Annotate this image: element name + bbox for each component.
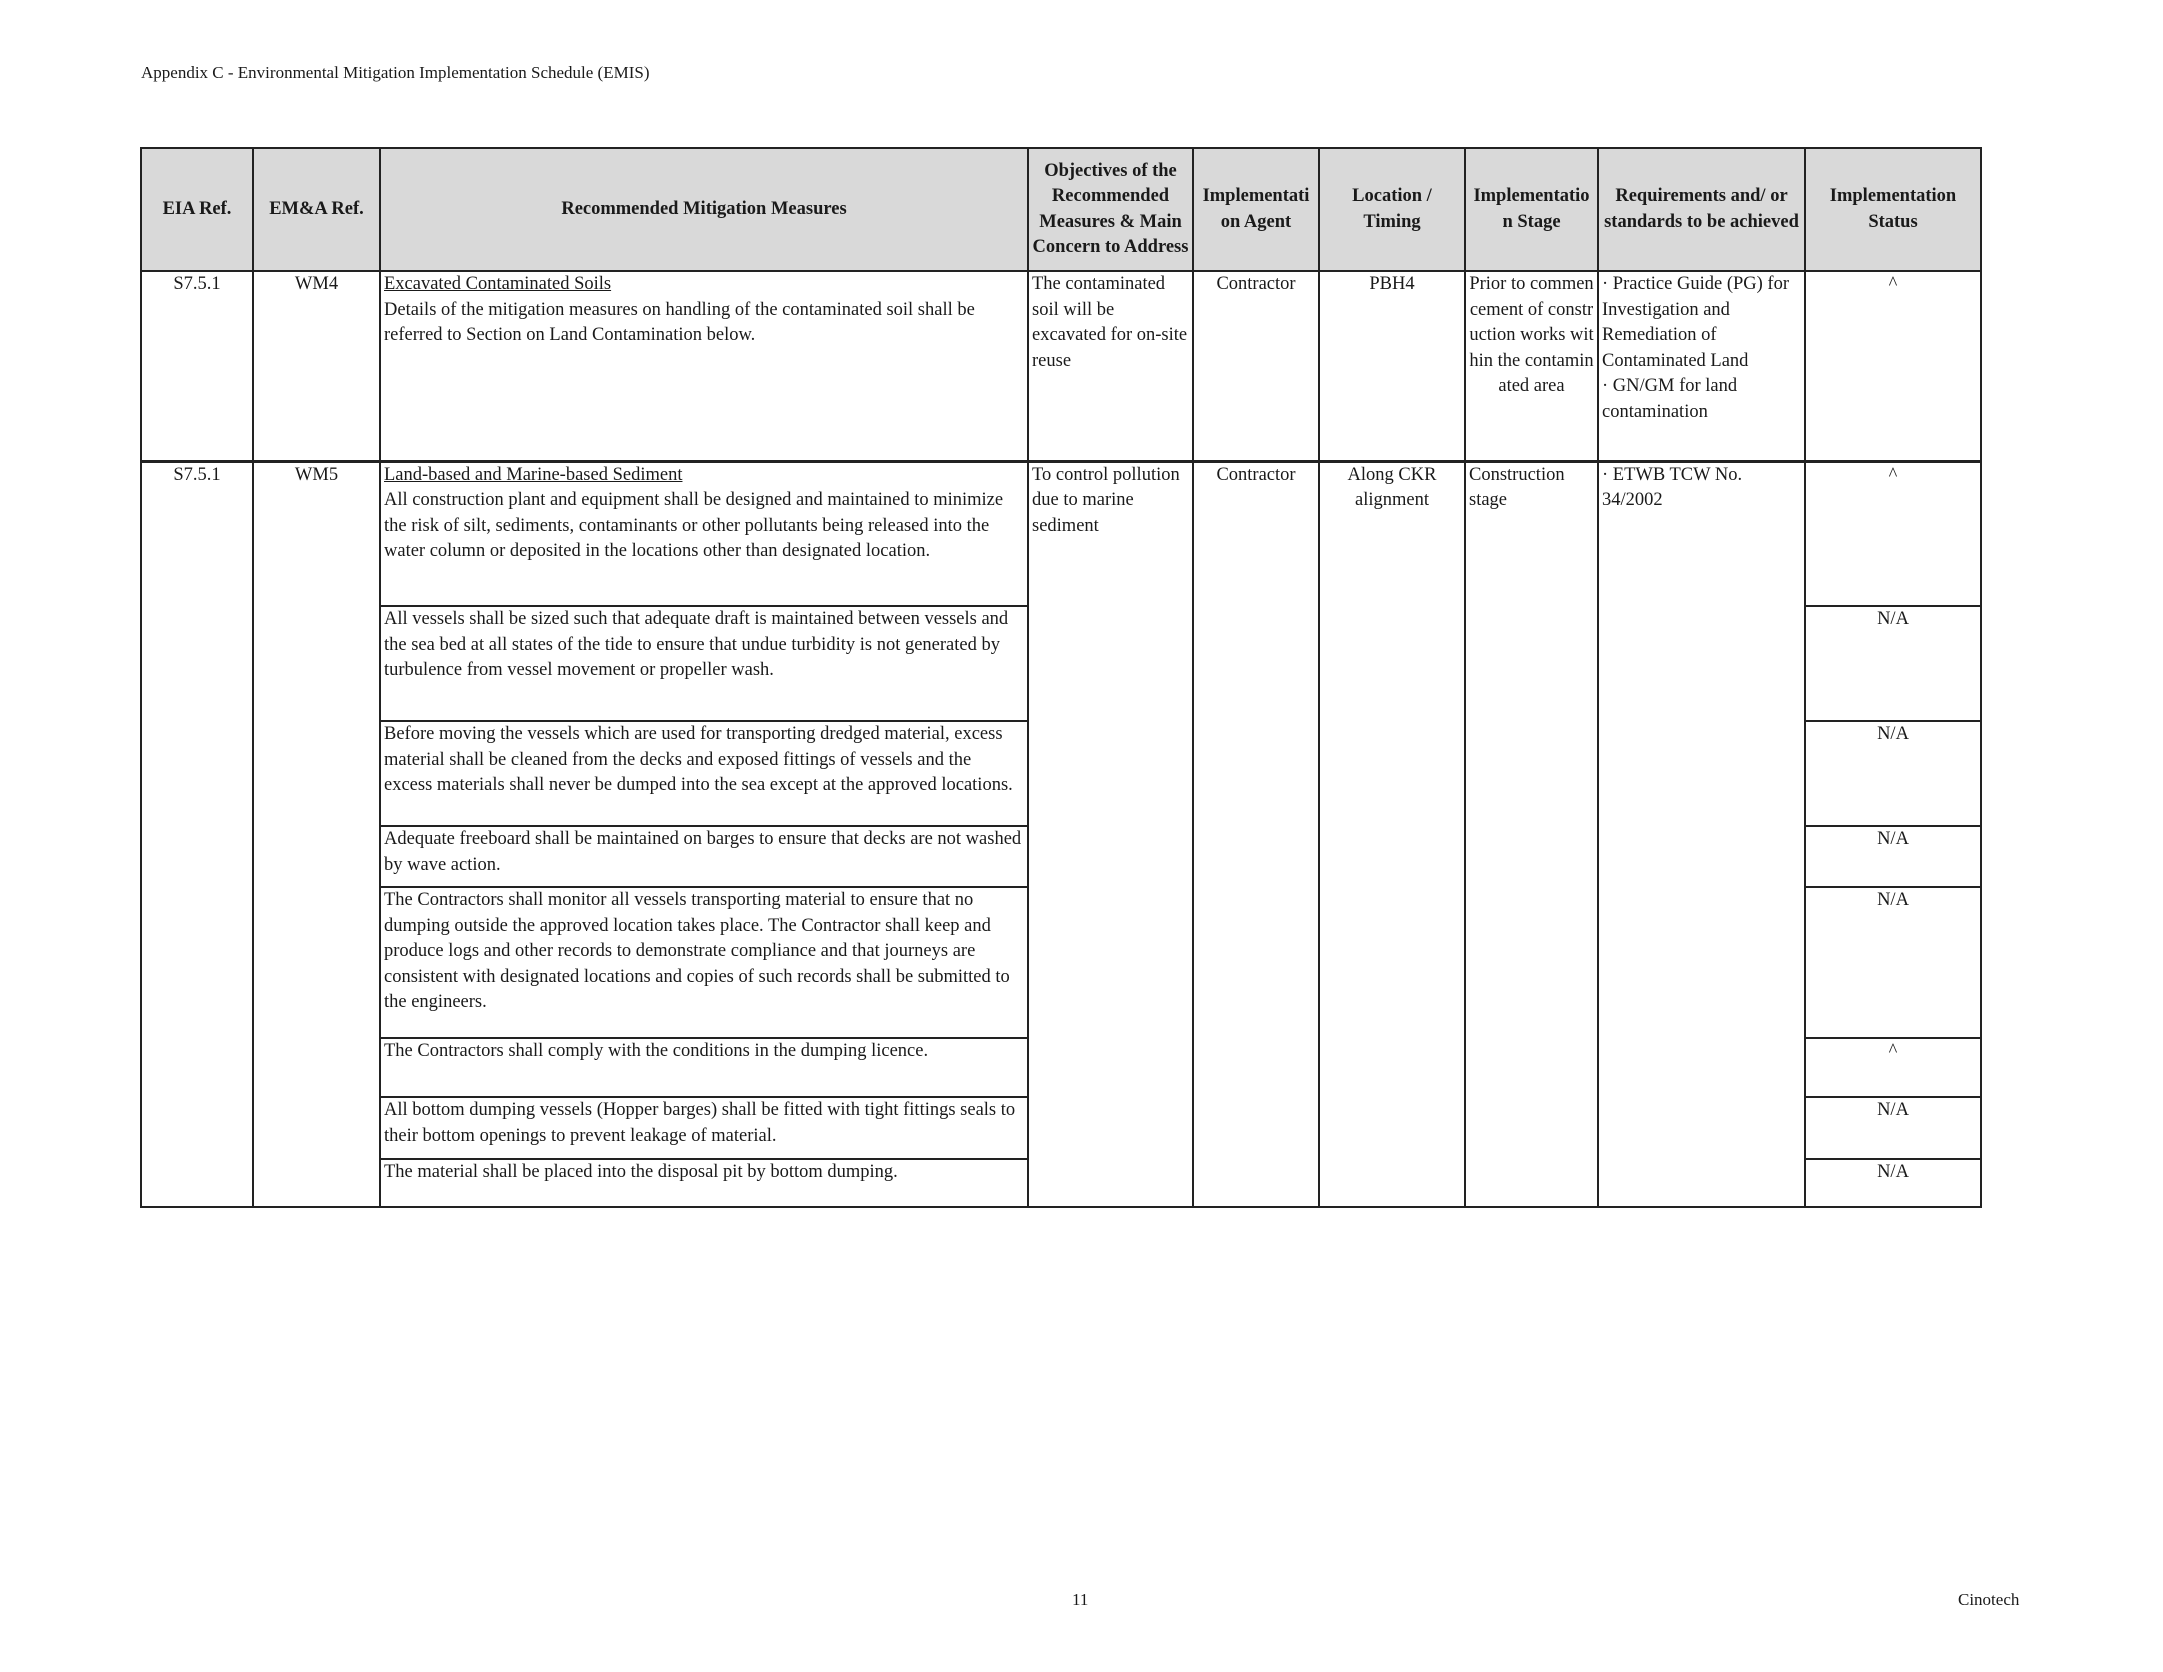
measure-text: Details of the mitigation measures on ha… — [384, 298, 1024, 349]
table-row: S7.5.1WM5Land-based and Marine-based Sed… — [141, 461, 1981, 606]
requirements-cell: · ETWB TCW No. 34/2002 — [1598, 461, 1805, 1207]
col-header-agent: Implementati on Agent — [1193, 148, 1319, 271]
status-cell: ^ — [1805, 1038, 1981, 1097]
status-cell: N/A — [1805, 1097, 1981, 1159]
table-header-row: EIA Ref. EM&A Ref. Recommended Mitigatio… — [141, 148, 1981, 271]
objectives-cell: To control pollution due to marine sedim… — [1028, 461, 1193, 1207]
agent-cell: Contractor — [1193, 271, 1319, 461]
measure-cell: Land-based and Marine-based SedimentAll … — [380, 461, 1028, 606]
stage-text: Prior to commencement of construction wo… — [1469, 272, 1594, 400]
measure-cell: Adequate freeboard shall be maintained o… — [380, 826, 1028, 887]
measure-cell: The material shall be placed into the di… — [380, 1159, 1028, 1207]
emis-table: EIA Ref. EM&A Ref. Recommended Mitigatio… — [140, 147, 1982, 1208]
company-name: Cinotech — [1958, 1590, 2019, 1610]
ema-ref-cell: WM5 — [253, 461, 380, 1207]
requirement-item: · ETWB TCW No. 34/2002 — [1602, 463, 1801, 514]
status-cell: ^ — [1805, 461, 1981, 606]
col-header-ema-ref: EM&A Ref. — [253, 148, 380, 271]
measure-cell: All vessels shall be sized such that ade… — [380, 606, 1028, 721]
measure-text: All vessels shall be sized such that ade… — [384, 607, 1024, 684]
agent-text: Contractor — [1197, 272, 1315, 298]
requirement-item: · GN/GM for land contamination — [1602, 374, 1801, 425]
measure-text: All construction plant and equipment sha… — [384, 488, 1024, 565]
col-header-location: Location / Timing — [1319, 148, 1465, 271]
stage-text: Construction stage — [1469, 463, 1594, 514]
page-header: Appendix C - Environmental Mitigation Im… — [141, 63, 650, 83]
agent-text: Contractor — [1197, 463, 1315, 489]
measure-text: All bottom dumping vessels (Hopper barge… — [384, 1098, 1024, 1149]
location-text: Along CKR alignment — [1323, 463, 1461, 514]
requirement-item: · Practice Guide (PG) for Investigation … — [1602, 272, 1801, 374]
col-header-eia-ref: EIA Ref. — [141, 148, 253, 271]
location-cell: Along CKR alignment — [1319, 461, 1465, 1207]
col-header-objectives: Objectives of the Recommended Measures &… — [1028, 148, 1193, 271]
col-header-measures: Recommended Mitigation Measures — [380, 148, 1028, 271]
location-cell: PBH4 — [1319, 271, 1465, 461]
status-cell: N/A — [1805, 887, 1981, 1038]
ema-ref-cell: WM4 — [253, 271, 380, 461]
measure-text: The Contractors shall comply with the co… — [384, 1039, 1024, 1065]
measure-text: The material shall be placed into the di… — [384, 1160, 1024, 1186]
measure-text: The Contractors shall monitor all vessel… — [384, 888, 1024, 1016]
page-number: 11 — [1072, 1590, 1088, 1610]
table-row: S7.5.1WM4Excavated Contaminated SoilsDet… — [141, 271, 1981, 461]
measure-text: Before moving the vessels which are used… — [384, 722, 1024, 799]
stage-cell: Construction stage — [1465, 461, 1598, 1207]
eia-ref-cell: S7.5.1 — [141, 271, 253, 461]
agent-cell: Contractor — [1193, 461, 1319, 1207]
requirements-cell: · Practice Guide (PG) for Investigation … — [1598, 271, 1805, 461]
measure-cell: The Contractors shall monitor all vessel… — [380, 887, 1028, 1038]
col-header-requirements: Requirements and/ or standards to be ach… — [1598, 148, 1805, 271]
measure-cell: Before moving the vessels which are used… — [380, 721, 1028, 826]
measure-cell: All bottom dumping vessels (Hopper barge… — [380, 1097, 1028, 1159]
eia-ref-cell: S7.5.1 — [141, 461, 253, 1207]
measure-cell: Excavated Contaminated SoilsDetails of t… — [380, 271, 1028, 461]
status-cell: N/A — [1805, 1159, 1981, 1207]
objectives-text: The contaminated soil will be excavated … — [1032, 272, 1189, 374]
col-header-status: Implementation Status — [1805, 148, 1981, 271]
measure-title: Land-based and Marine-based Sediment — [384, 463, 682, 489]
status-cell: N/A — [1805, 826, 1981, 887]
measure-title: Excavated Contaminated Soils — [384, 272, 611, 298]
objectives-cell: The contaminated soil will be excavated … — [1028, 271, 1193, 461]
objectives-text: To control pollution due to marine sedim… — [1032, 463, 1189, 540]
col-header-stage: Implementatio n Stage — [1465, 148, 1598, 271]
status-cell: N/A — [1805, 606, 1981, 721]
measure-cell: The Contractors shall comply with the co… — [380, 1038, 1028, 1097]
measure-text: Adequate freeboard shall be maintained o… — [384, 827, 1024, 878]
location-text: PBH4 — [1323, 272, 1461, 298]
status-cell: N/A — [1805, 721, 1981, 826]
stage-cell: Prior to commencement of construction wo… — [1465, 271, 1598, 461]
status-cell: ^ — [1805, 271, 1981, 461]
